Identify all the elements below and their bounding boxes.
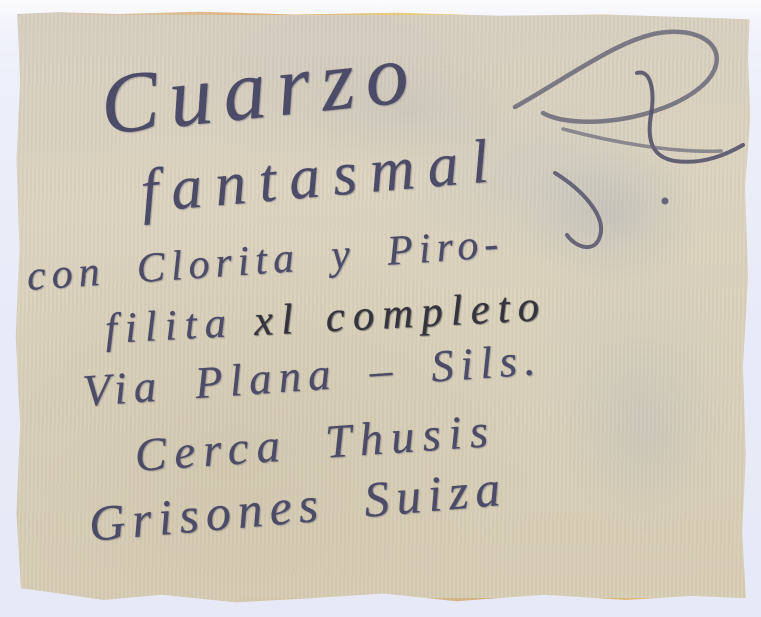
scanned-label-photo: Cuarzo fantasmal con Clorita y Piro- fil… <box>0 0 761 617</box>
specimen-label-paper: Cuarzo fantasmal con Clorita y Piro- fil… <box>15 11 751 603</box>
line-text: filita <box>104 299 236 353</box>
period-dot <box>662 198 669 205</box>
